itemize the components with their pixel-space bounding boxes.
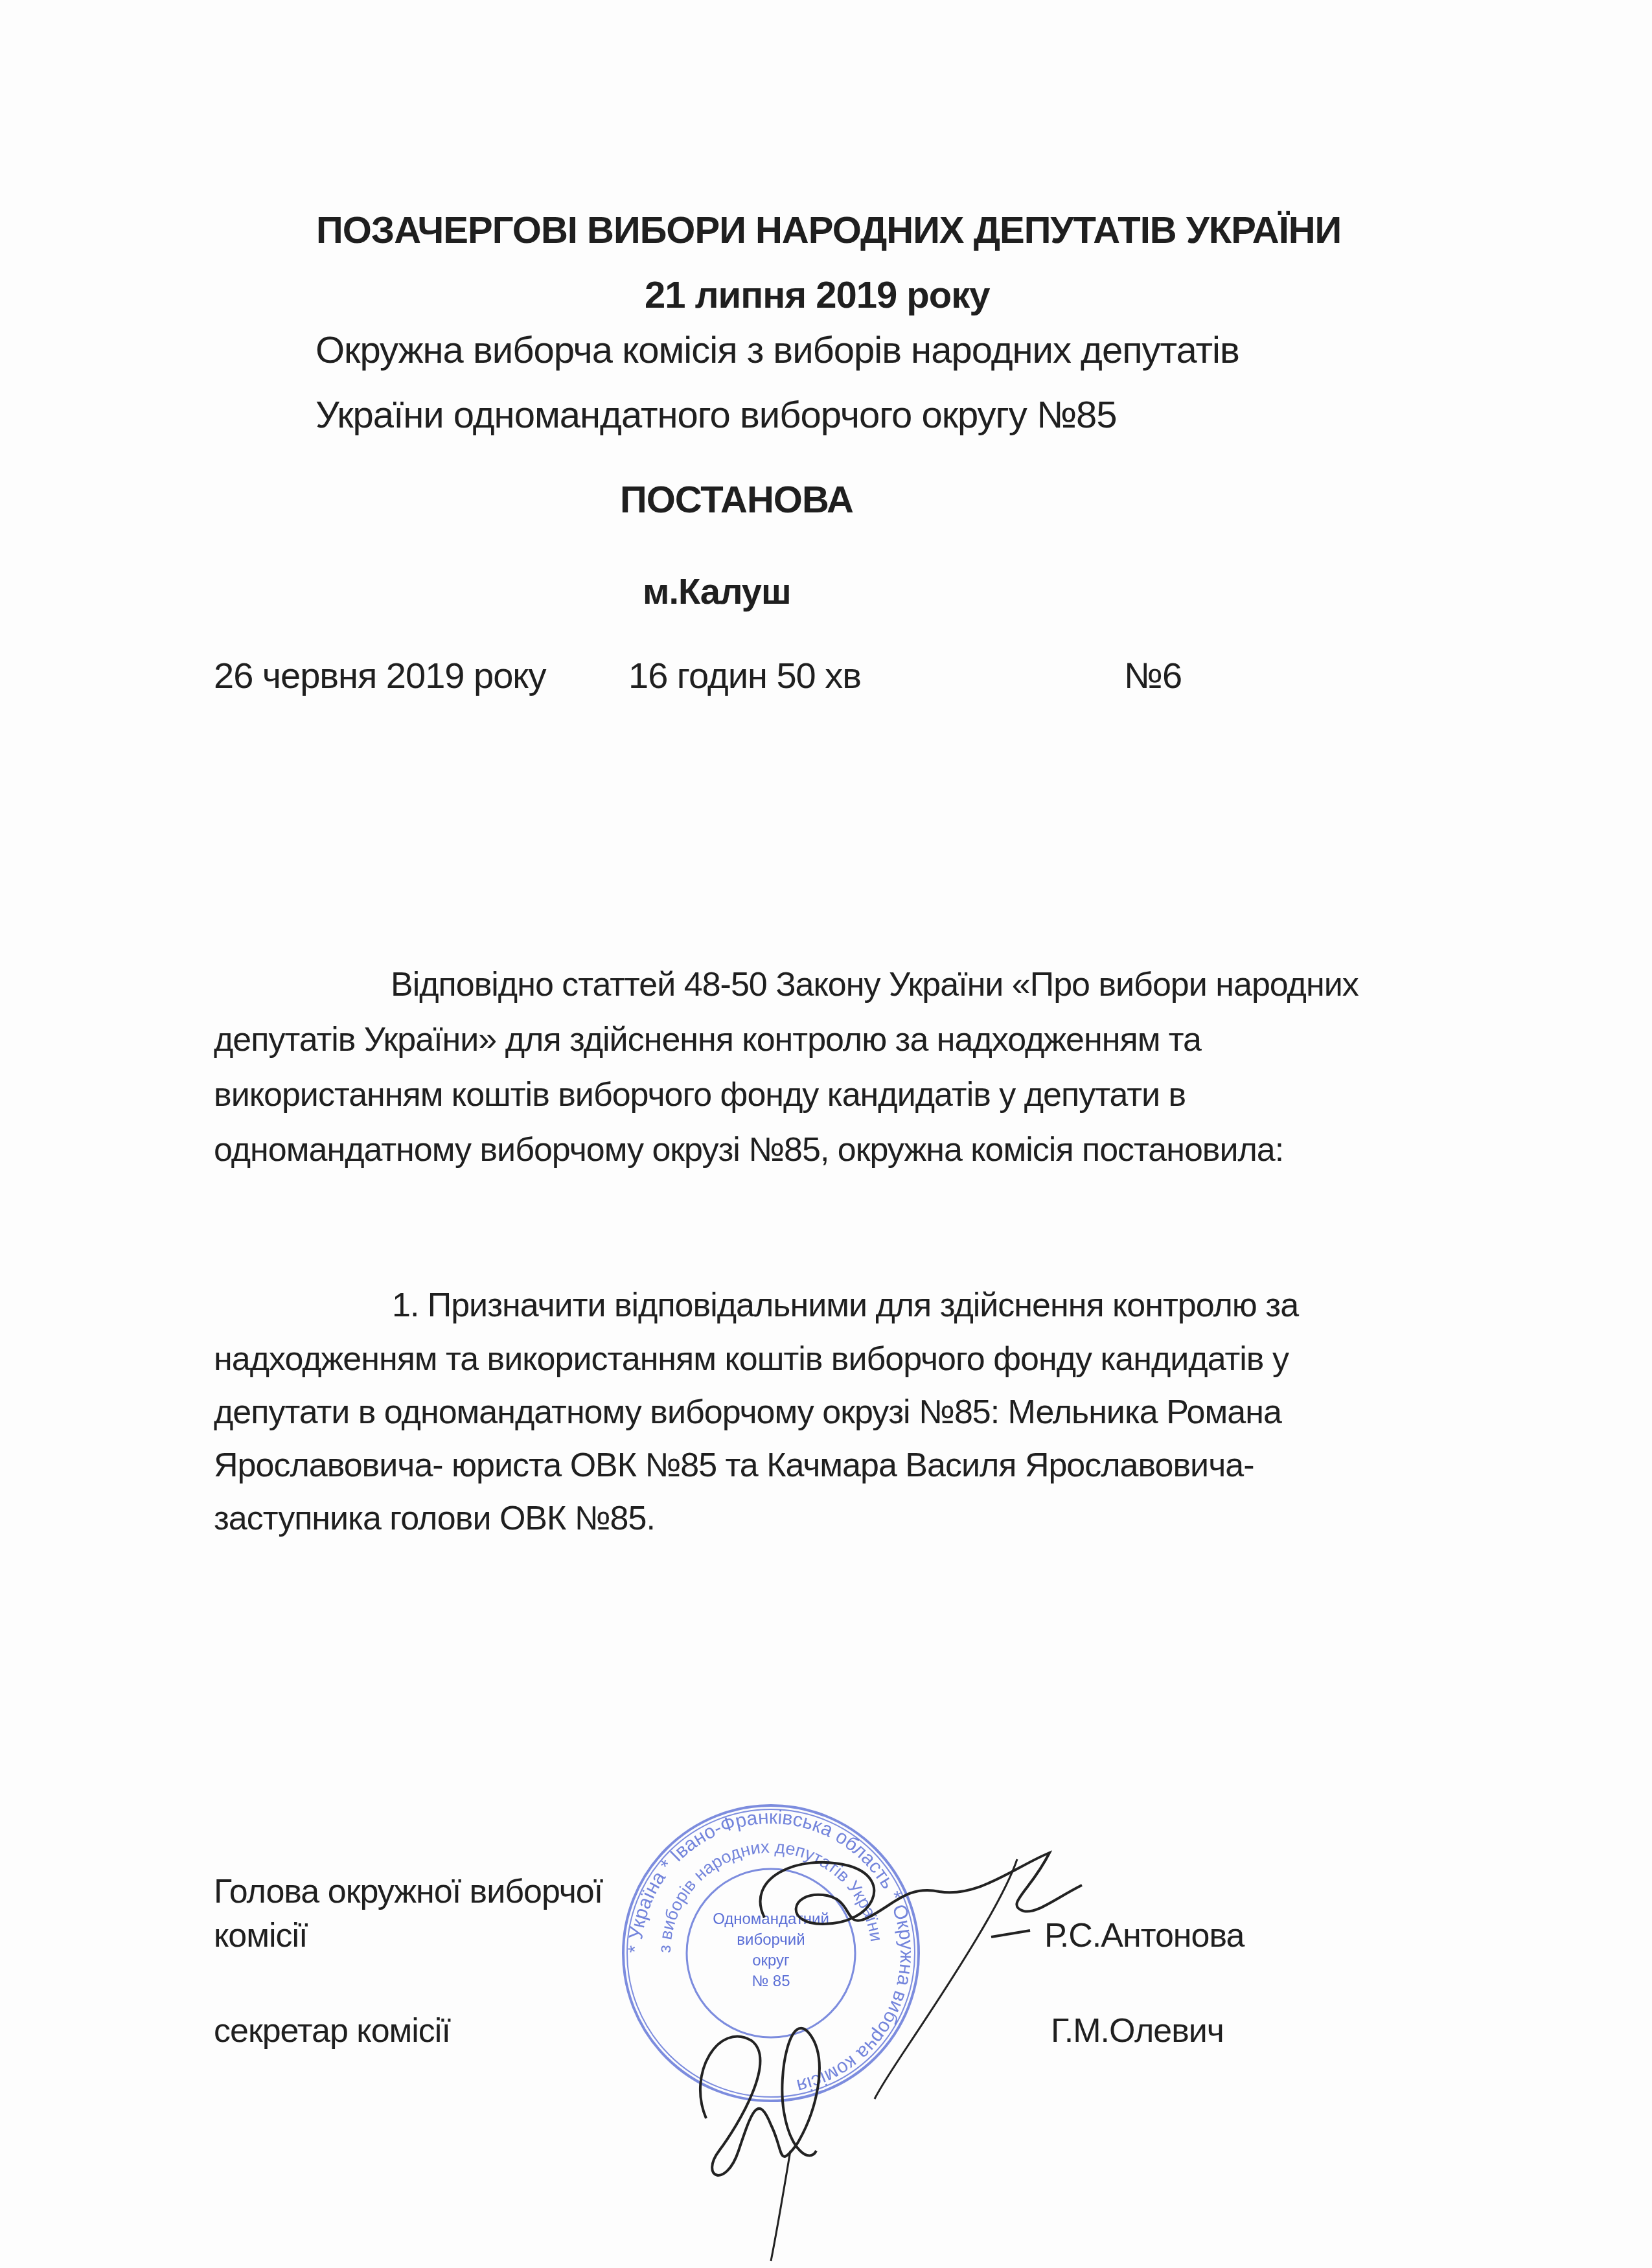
election-title: ПОЗАЧЕРГОВІ ВИБОРИ НАРОДНИХ ДЕПУТАТІВ УК… — [316, 209, 1341, 252]
decision-line: надходженням та використанням коштів виб… — [214, 1340, 1289, 1379]
chair-label: Голова окружної виборчої — [214, 1872, 602, 1911]
commission-name-line2: України одномандатного виборчого округу … — [315, 393, 1117, 437]
decision-line: депутати в одномандатному виборчому окру… — [214, 1393, 1281, 1432]
decision-line: Ярославовича- юриста ОВК №85 та Качмара … — [214, 1446, 1254, 1485]
document-city: м.Калуш — [643, 570, 791, 612]
election-date: 21 липня 2019 року — [645, 273, 989, 317]
preamble-line: Відповідно статтей 48-50 Закону України … — [391, 965, 1359, 1004]
decision-line: 1. Призначити відповідальними для здійсн… — [392, 1286, 1298, 1325]
commission-name-line1: Окружна виборча комісія з виборів народн… — [315, 328, 1239, 372]
preamble-line: одномандатному виборчому окрузі №85, окр… — [214, 1130, 1283, 1169]
document-date: 26 червня 2019 року — [214, 654, 545, 696]
decision-line: заступника голови ОВК №85. — [214, 1499, 655, 1538]
preamble-line: використанням коштів виборчого фонду кан… — [214, 1075, 1186, 1114]
chair-label-cont: комісії — [214, 1916, 308, 1955]
preamble-line: депутатів України» для здійснення контро… — [214, 1020, 1201, 1059]
secretary-label: секретар комісії — [214, 2011, 450, 2050]
secretary-signature-icon — [680, 1956, 849, 2267]
document-number: №6 — [1124, 654, 1182, 696]
document-time: 16 годин 50 хв — [628, 654, 861, 696]
document-type: ПОСТАНОВА — [620, 478, 853, 521]
